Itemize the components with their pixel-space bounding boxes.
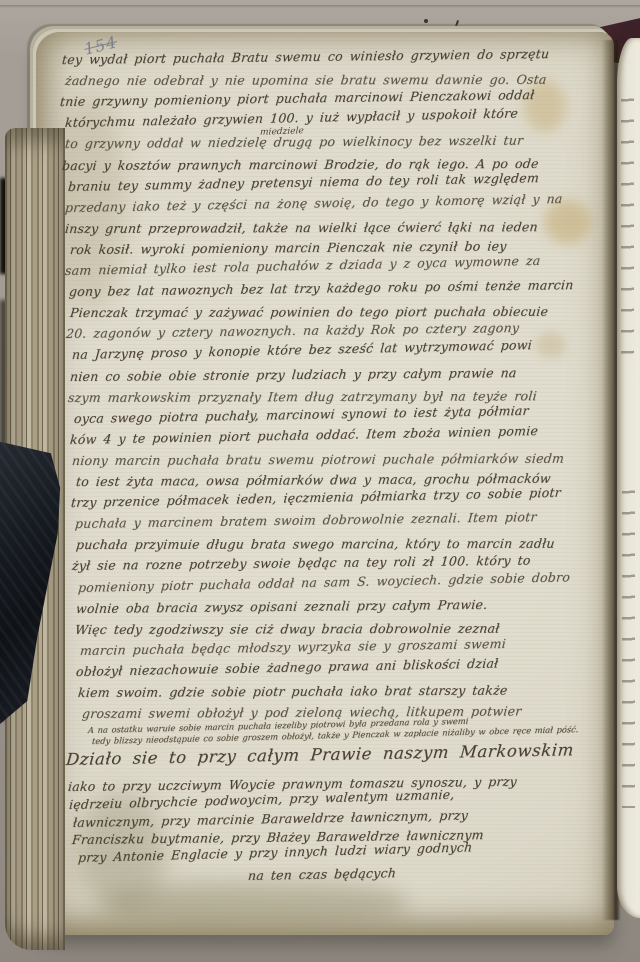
- manuscript-line: ławnicznym, przy marcinie Baraweldrze ła…: [73, 809, 469, 829]
- manuscript-line: Więc tedy zgodziwszy sie ciż dway bracia…: [74, 622, 500, 636]
- manuscript-line: nien co sobie obie stronie przy ludziach…: [70, 367, 518, 383]
- manuscript-line: pomieniony piotr puchała oddał na sam S.…: [78, 571, 571, 594]
- manuscript-line: braniu tey summy żadney pretensyi niema …: [68, 172, 540, 193]
- manuscript-line: puchała przyimuie długu brata swego marc…: [75, 538, 555, 552]
- manuscript-line: sam niemiał tylko iest rola puchałów z d…: [64, 255, 540, 278]
- manuscript-line: Działo sie to przy całym Prawie naszym M…: [65, 742, 574, 768]
- manuscript-line: na Jarzynę proso y konopie które bez sze…: [71, 339, 532, 361]
- manuscript-line: inszy grunt przeprowadził, także na wiel…: [64, 221, 538, 235]
- manuscript-line: przedany iako też y części na żonę swoię…: [64, 193, 563, 215]
- manuscript-line: żył sie na rozne potrzeby swoie będąc na…: [72, 555, 532, 573]
- manuscript-line: niony marcin puchała bratu swemu piotrow…: [71, 453, 564, 468]
- manuscript-line: tey wydał piort puchała Bratu swemu co w…: [61, 48, 549, 66]
- manuscript-line: marcin puchała będąc młodszy wyrzyka sie…: [80, 638, 507, 658]
- manuscript-line: Pienczak trzymać y zażywać powinien do t…: [70, 306, 549, 320]
- manuscript-line: szym markowskim przyznały Item dług zatr…: [68, 390, 538, 404]
- manuscript-line: oyca swego piotra puchały, marcinowi syn…: [74, 405, 530, 426]
- manuscript-text: tey wydał piort puchała Bratu swemu co w…: [0, 0, 640, 962]
- photo-background: 154 miedziele tey wydał piort puchała Br…: [0, 0, 640, 962]
- manuscript-line: na ten czas będących: [247, 867, 396, 882]
- manuscript-line: bacyi y kosztów prawnych marcinowi Brodz…: [61, 157, 539, 172]
- manuscript-line: ków 4 y te powinien piort puchała oddać.…: [70, 425, 539, 447]
- manuscript-line: to grzywny oddał w niedzielę drugą po wi…: [64, 135, 524, 151]
- manuscript-line: puchała y marcinem bratem swoim dobrowol…: [75, 511, 538, 530]
- manuscript-line: kiem swoim. gdzie sobie piotr puchała ia…: [78, 685, 509, 700]
- manuscript-line: żadnego nie odebrał y nie upomina sie br…: [64, 74, 547, 88]
- manuscript-line: wolnie oba bracia zwysz opisani zeznali …: [75, 598, 488, 615]
- manuscript-line: trzy przenice półmacek ieden, ięczmienia…: [70, 487, 561, 510]
- interlinear-word: miedziele: [260, 127, 304, 138]
- manuscript-line: gony bez lat nawoznych bez lat trzy każd…: [68, 279, 574, 298]
- manuscript-line: obłożył niezachowuie sobie żadnego prawa…: [75, 657, 498, 678]
